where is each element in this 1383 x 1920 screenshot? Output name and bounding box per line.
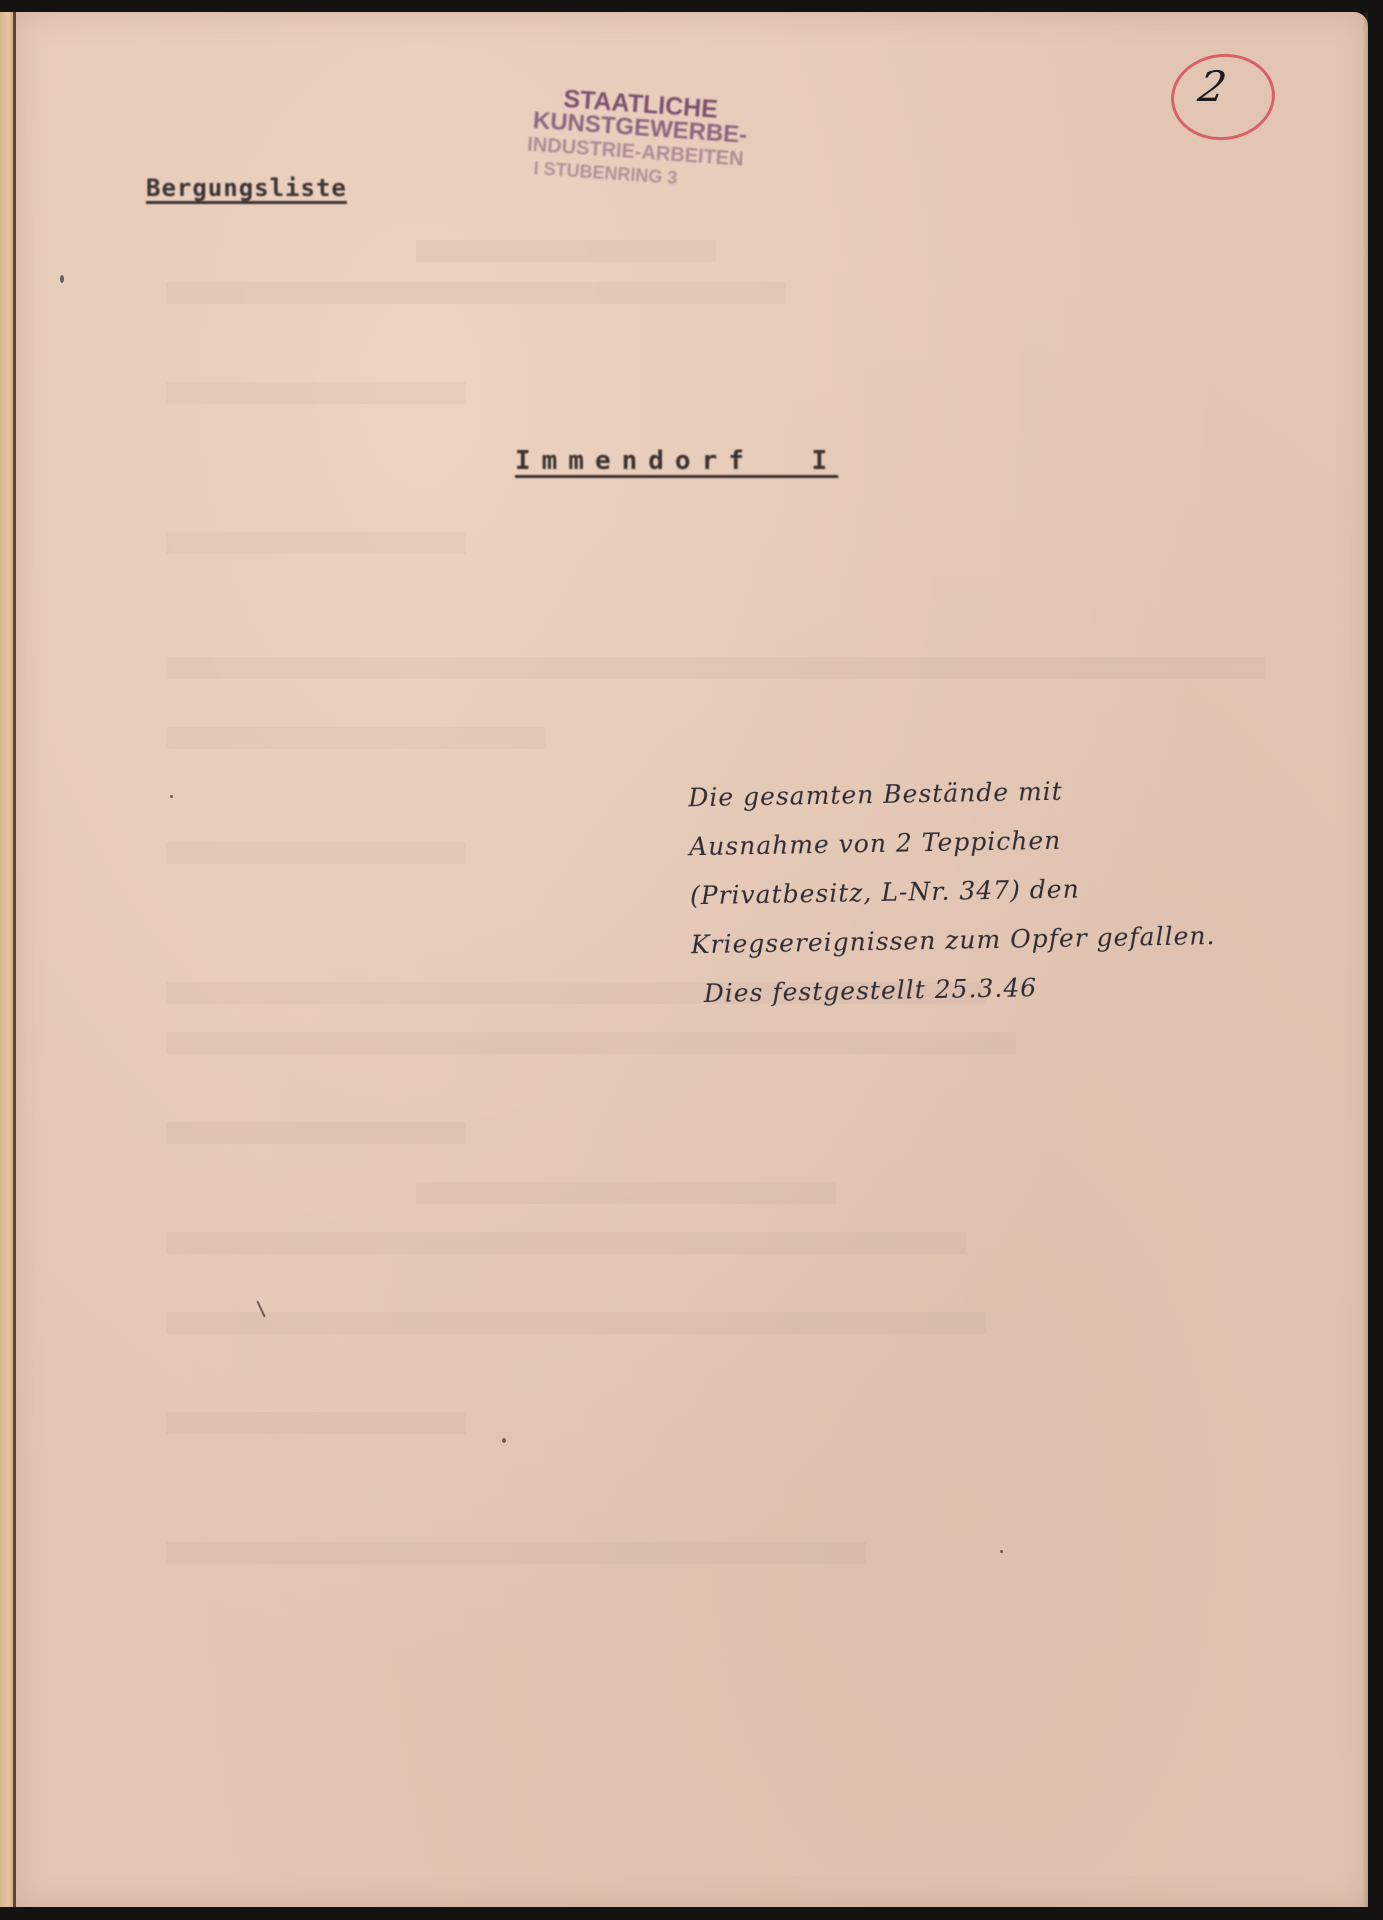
show-through-text <box>416 240 716 262</box>
show-through-text <box>166 1232 966 1254</box>
show-through-text <box>166 1542 866 1564</box>
paper-speck <box>60 275 64 283</box>
show-through-text <box>166 382 466 404</box>
institution-stamp: STAATLICHE KUNSTGEWERBE- INDUSTRIE-ARBEI… <box>521 85 774 222</box>
paper-speck <box>170 795 173 798</box>
handwritten-line: Dies festgestellt 25.3.46 <box>691 959 1292 1018</box>
show-through-text <box>166 1122 466 1144</box>
show-through-text <box>166 727 546 749</box>
show-through-text <box>166 282 786 304</box>
show-through-text <box>166 1412 466 1434</box>
location-heading: Immendorf I <box>515 446 838 476</box>
show-through-text <box>166 532 466 554</box>
show-through-text <box>166 1032 1016 1054</box>
show-through-text <box>166 842 466 864</box>
show-through-text <box>416 1182 836 1204</box>
handwritten-line: Kriegsereignissen zum Opfer gefallen. <box>690 910 1291 969</box>
show-through-text <box>166 657 1266 679</box>
document-title: Bergungsliste <box>146 174 347 202</box>
show-through-text <box>166 1312 986 1334</box>
binding-edge <box>0 12 14 1907</box>
paper-speck <box>1000 1550 1003 1553</box>
handwritten-note: Die gesamten Bestände mit Ausnahme von 2… <box>688 763 1292 1018</box>
document-scan: Bergungsliste STAATLICHE KUNSTGEWERBE- I… <box>0 0 1383 1920</box>
page-edge <box>1362 12 1368 1907</box>
paper-speck <box>502 1438 506 1443</box>
